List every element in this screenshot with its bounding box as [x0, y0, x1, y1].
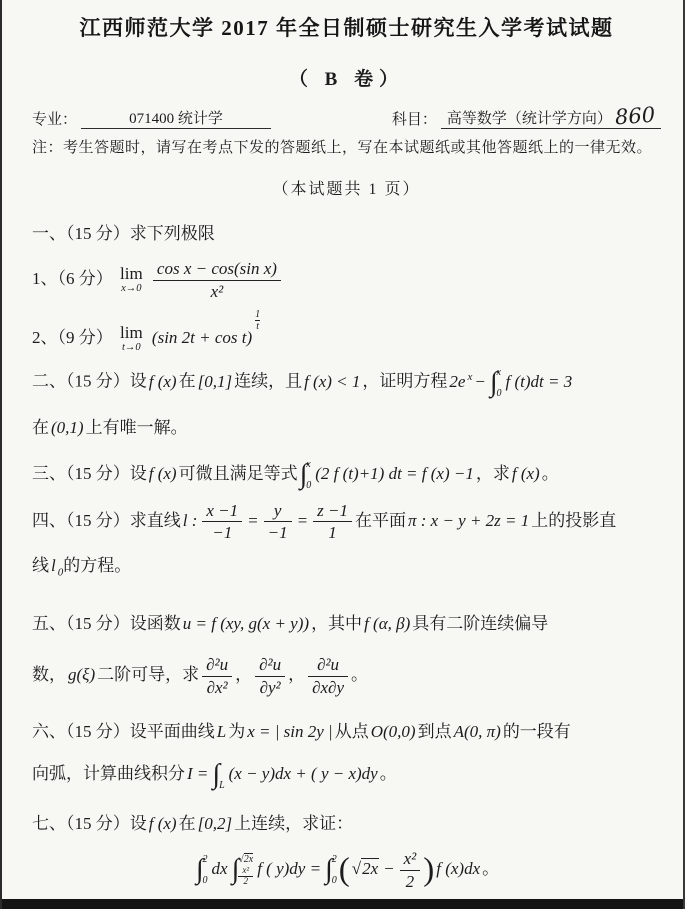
partial-derivative-fraction: ∂²u∂x∂y [308, 655, 348, 697]
problem-1-part-1: 1、（6 分） lim x→0 cos x − cos(sin x) x² [32, 259, 661, 301]
integral-sign: ∫√2xx²2 [232, 854, 254, 886]
exam-note: 注：考生答题时，请写在考点下发的答题纸上，写在本试题纸或其他答题纸上的一律无效。 [32, 136, 661, 157]
integral-sign: ∫20 [196, 854, 208, 886]
header-fields-row: 专业： 071400 统计学 科目： 高等数学（统计学方向）860 [32, 107, 661, 129]
subject-label: 科目： [392, 108, 441, 129]
major-value: 071400 统计学 [81, 107, 271, 129]
radical-sign: √ [238, 854, 244, 865]
problem-6-line-1: 六、（15 分）设平面曲线L为x = | sin 2y |从点O(0,0)到点A… [32, 719, 661, 745]
exam-title: 江西师范大学 2017 年全日制硕士研究生入学考试试题 [32, 12, 661, 42]
subject-value: 高等数学（统计学方向）860 [441, 107, 661, 129]
problem-7-formula: ∫20dx∫√2xx²2f ( y)dy =∫20(√2x−x²2)f (x)d… [32, 849, 661, 891]
integral-sign: ∫20 [325, 854, 337, 886]
problem-5-line-2: 数，g(ξ)二阶可导，求∂²u∂x²，∂²u∂y²，∂²u∂x∂y。 [32, 655, 661, 697]
problem-7-line-1: 七、（15 分）设f (x)在[0,2]上连续，求证： [32, 811, 661, 837]
major-label: 专业： [32, 108, 81, 129]
part-1-label: 1、（6 分） [32, 269, 113, 288]
exam-paper-page: { "header": { "title": "江西师范大学 2017 年全日制… [0, 0, 685, 909]
page-count-note: （本试题共 1 页） [32, 176, 661, 199]
limit-block: lim t→0 [120, 324, 143, 354]
problem-2-line-2: 在(0,1)上有唯一解。 [32, 415, 661, 441]
fraction: y−1 [264, 501, 292, 543]
mini-fraction: x²2 [238, 866, 253, 886]
scan-bottom-bar [2, 899, 683, 909]
subject-field: 科目： 高等数学（统计学方向）860 [392, 107, 661, 129]
problem-5-line-1: 五、（15 分）设函数u = f (xy, g(x + y))，其中f (α, … [32, 611, 661, 637]
fraction: cos x − cos(sin x) x² [153, 259, 281, 301]
partial-derivative-fraction: ∂²u∂y² [255, 655, 285, 697]
problem-3-line: 三、（15 分）设f (x)可微且满足等式∫x0(2 f (t)+1) dt =… [32, 459, 661, 491]
handwritten-subject-code: 860 [614, 108, 655, 125]
fraction: z −11 [313, 501, 352, 543]
problem-6-line-2: 向弧，计算曲线积分I =∫L(x − y)dx + ( y − x)dy。 [32, 759, 661, 791]
problem-4-line-2: 线l0的方程。 [32, 553, 661, 585]
integral-sign: ∫L [212, 759, 224, 791]
exam-sheet: 江西师范大学 2017 年全日制硕士研究生入学考试试题 （ B 卷） 专业： 0… [2, 0, 683, 891]
problem-1-heading: 一、（15 分）求下列极限 [32, 221, 661, 247]
fraction: x²2 [400, 849, 421, 891]
problem-4-line-1: 四、（15 分）求直线l :x −1−1=y−1=z −11在平面π : x −… [32, 501, 661, 543]
radical-sign: √ [352, 859, 361, 878]
part-2-label: 2、（9 分） [32, 328, 113, 347]
problem-1-part-2: 2、（9 分） lim t→0 (sin 2t + cos t)1t [32, 309, 661, 354]
exam-volume: （ B 卷） [32, 64, 661, 91]
integral-sign: ∫x0 [300, 459, 312, 491]
major-field: 专业： 071400 统计学 [32, 107, 271, 129]
right-paren: ) [423, 852, 434, 888]
limit-block: lim x→0 [120, 265, 143, 295]
integral-sign: ∫x0 [490, 367, 502, 399]
left-paren: ( [339, 852, 350, 888]
exponent-fraction: 1t [255, 309, 260, 332]
partial-derivative-fraction: ∂²u∂x² [202, 655, 232, 697]
problem-2-line-1: 二、（15 分）设f (x)在[0,1]连续，且f (x) < 1，证明方程2e… [32, 364, 661, 399]
fraction: x −1−1 [202, 501, 242, 543]
